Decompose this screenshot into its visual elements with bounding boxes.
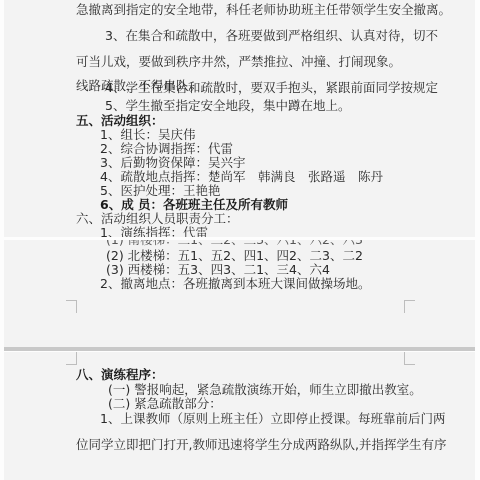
text-line: 2、综合协调指挥：代雷: [100, 142, 233, 156]
document-page-2: (1) 南楼梯：三1、三2、三3、六1、六2、六3 (2) 北楼梯：五1、五2、…: [4, 240, 475, 348]
document-page-3: 八、演练程序： (一) 警报响起，紧急疏散演练开始，师生立即撤出教室。 (二) …: [4, 352, 475, 480]
text-line: 4、疏散地点指挥：楚尚军 韩满良 张路遥 陈丹: [100, 170, 383, 184]
page-corner-mark: [66, 300, 77, 313]
document-page-1: 急撤离到指定的安全地带，科任老师协助班主任带领学生安全撤离。 3、在集合和疏散中…: [4, 0, 475, 237]
section-heading: 五、活动组织：: [76, 114, 164, 128]
text-line: 5、医护处理：王艳艳: [100, 184, 220, 198]
page-corner-mark: [404, 352, 415, 365]
text-line: (一) 警报响起，紧急疏散演练开始，师生立即撤出教室。: [108, 383, 422, 397]
text-line: 6、成 员：各班班主任及所有教师: [100, 198, 288, 212]
text-line: 1、上课教师（原则上班主任）立即停止授课。每班靠前后门两: [100, 412, 445, 426]
text-line-cut: (1) 南楼梯：三1、三2、三3、六1、六2、六3: [106, 240, 363, 247]
section-heading: 八、演练程序：: [76, 368, 164, 382]
page-corner-mark: [404, 300, 415, 313]
document-viewer[interactable]: 急撤离到指定的安全地带，科任老师协助班主任带领学生安全撤离。 3、在集合和疏散中…: [0, 0, 480, 480]
text-line: 位同学立即把门打开,教师迅速将学生分成两路纵队,并指挥学生有序: [76, 438, 446, 452]
text-line: 可当儿戏，要做到秩序井然，严禁推拉、冲撞、打闹现象。: [76, 55, 401, 69]
section-heading: 六、活动组织人员职责分工：: [76, 212, 239, 226]
text-line: (2) 北楼梯：五1、五2、四1、四2、二3、二2: [106, 249, 363, 263]
text-line: 线路疏散，不得串队。: [76, 79, 201, 93]
text-line: 2、撤离地点：各班撤离到本班大课间做操场地。: [100, 277, 370, 291]
text-line: 3、后勤物资保障：吴兴宇: [100, 156, 245, 170]
text-line: 5、学生撤至指定安全地段，集中蹲在地上。: [105, 99, 350, 113]
text-line: 1、演练指挥：代雷: [100, 226, 208, 237]
text-line: 1、组长：吴庆伟: [100, 128, 195, 142]
text-line: 3、在集合和疏散中，各班要做到严格组织、认真对待，切不: [105, 29, 438, 43]
text-line: (二) 紧急疏散部分：: [108, 397, 222, 411]
page-divider: [4, 347, 475, 351]
page-corner-mark: [66, 352, 77, 365]
text-line: (3) 西楼梯：五3、四3、二1、三4、六4: [106, 263, 330, 277]
text-line: 急撤离到指定的安全地带，科任老师协助班主任带领学生安全撤离。: [76, 3, 451, 17]
